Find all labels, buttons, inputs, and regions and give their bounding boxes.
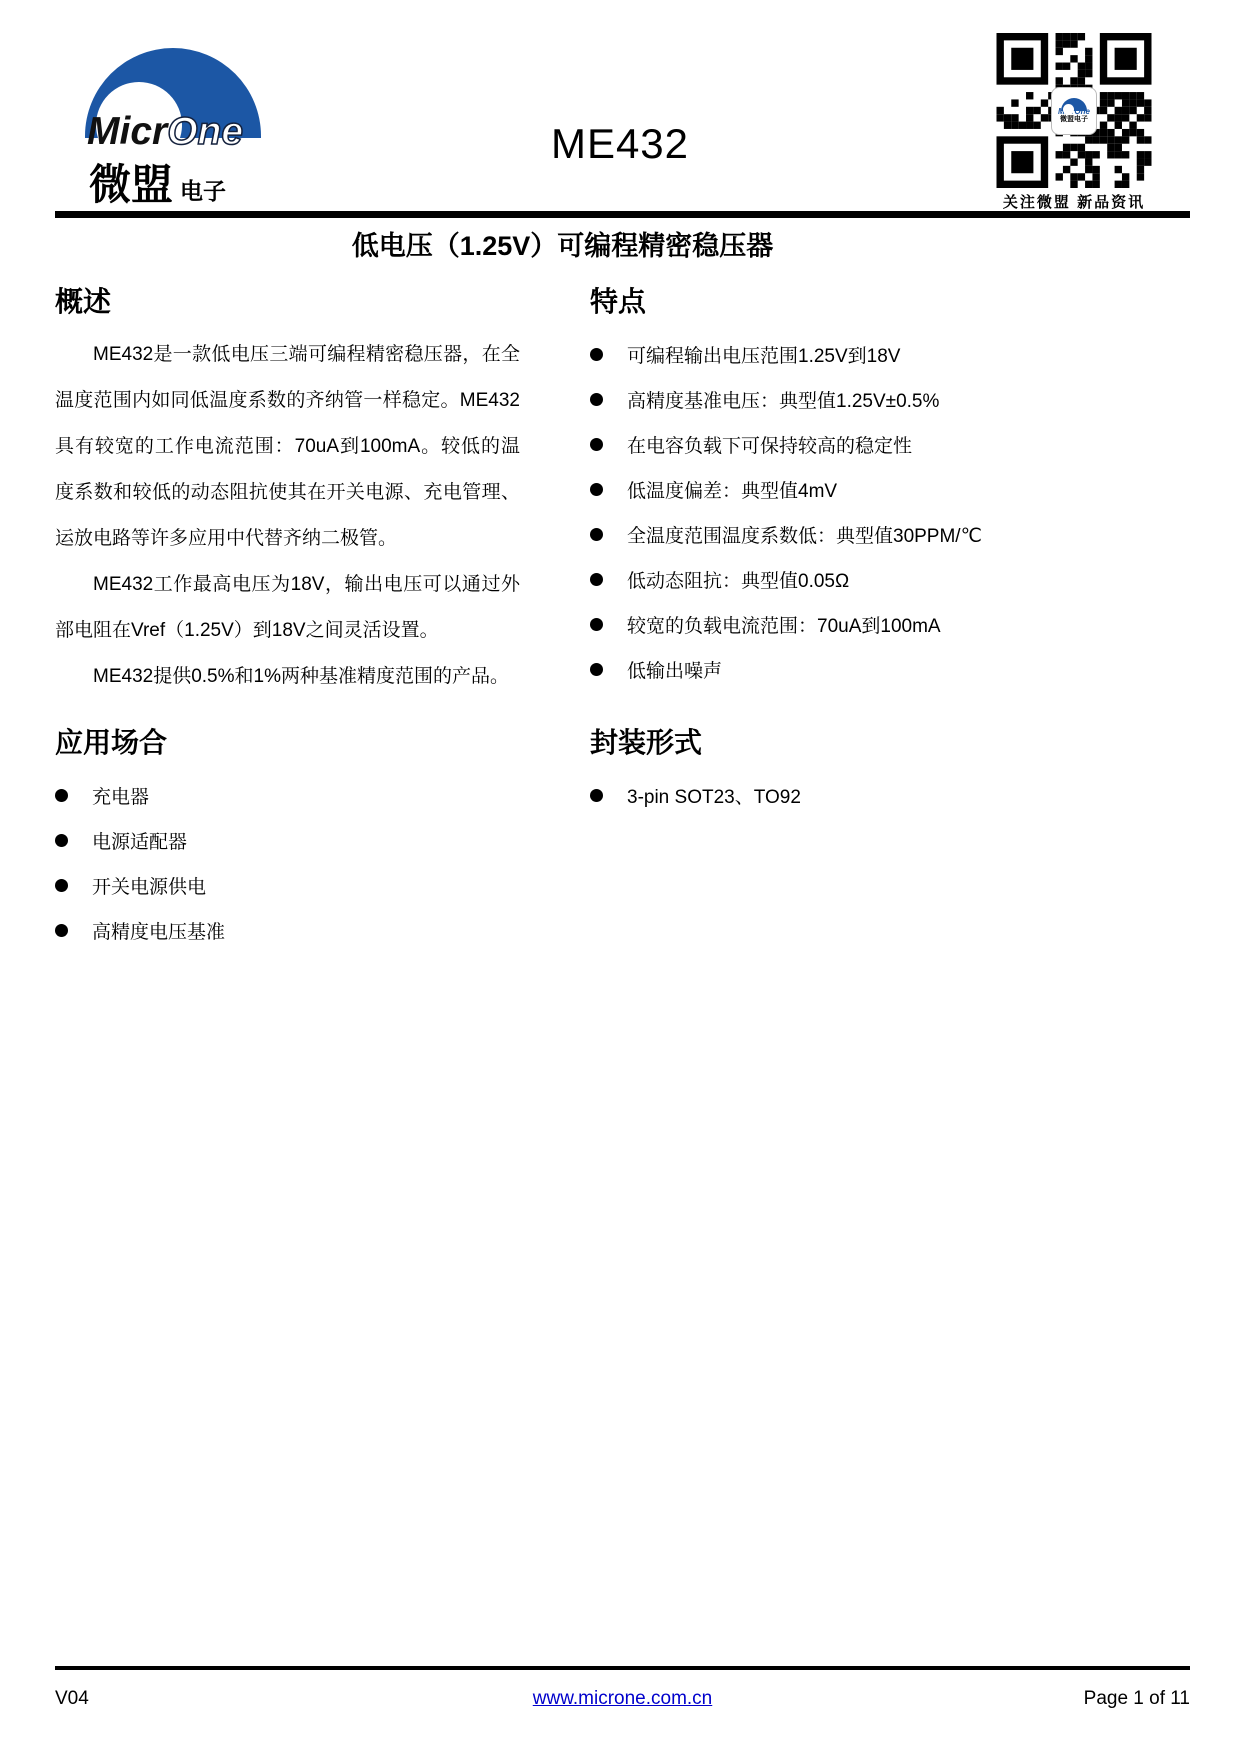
applications-list: 充电器 电源适配器 开关电源供电 高精度电压基准 [55, 773, 520, 953]
applications-heading: 应用场合 [55, 726, 520, 759]
bullet-icon [590, 528, 603, 541]
list-item: 高精度基准电压：典型值1.25V±0.5% [590, 377, 1190, 422]
bullet-icon [590, 573, 603, 586]
overview-heading: 概述 [55, 285, 520, 318]
list-item: 3-pin SOT23、TO92 [590, 773, 1190, 818]
list-item: 高精度电压基准 [55, 908, 520, 953]
logo-cn-large: 微盟 [89, 161, 173, 208]
list-item: 充电器 [55, 773, 520, 818]
qr-center-logo: MicrOne 微盟电子 [1051, 87, 1097, 135]
bullet-icon [55, 924, 68, 937]
application-text: 高精度电压基准 [92, 917, 225, 944]
overview-paragraph: ME432提供0.5%和1%两种基准精度范围的产品。 [55, 654, 520, 700]
footer-divider [55, 1666, 1190, 1670]
features-list: 可编程输出电压范围1.25V到18V 高精度基准电压：典型值1.25V±0.5%… [590, 332, 1190, 692]
feature-text: 可编程输出电压范围1.25V到18V [627, 341, 900, 368]
body-columns: 概述 ME432是一款低电压三端可编程精密稳压器，在全温度范围内如同低温度系数的… [55, 285, 1190, 953]
application-text: 开关电源供电 [92, 872, 206, 899]
footer-website-link[interactable]: www.microne.com.cn [533, 1688, 713, 1709]
header-divider [55, 211, 1190, 218]
bullet-icon [590, 393, 603, 406]
bullet-icon [590, 663, 603, 676]
logo-cn-small: 电子 [180, 178, 226, 204]
overview-paragraph: ME432工作最高电压为18V，输出电压可以通过外部电阻在Vref（1.25V）… [55, 562, 520, 654]
bullet-icon [590, 789, 603, 802]
bullet-icon [55, 879, 68, 892]
footer-page-number: Page 1 of 11 [712, 1688, 1190, 1710]
list-item: 低温度偏差：典型值4mV [590, 467, 1190, 512]
qr-logo-arc-icon [1061, 98, 1087, 111]
qr-block: MicrOne 微盟电子 关注微盟 新品资讯 [995, 33, 1153, 212]
feature-text: 低输出噪声 [627, 656, 722, 683]
package-list: 3-pin SOT23、TO92 [590, 773, 1190, 818]
bullet-icon [55, 789, 68, 802]
list-item: 较宽的负载电流范围：70uA到100mA [590, 602, 1190, 647]
application-text: 充电器 [92, 782, 149, 809]
footer: V04 www.microne.com.cn Page 1 of 11 [55, 1688, 1190, 1710]
qr-logo-sub: 微盟电子 [1060, 116, 1088, 124]
list-item: 电源适配器 [55, 818, 520, 863]
feature-text: 较宽的负载电流范围：70uA到100mA [627, 611, 941, 638]
list-item: 低输出噪声 [590, 647, 1190, 692]
bullet-icon [590, 438, 603, 451]
list-item: 可编程输出电压范围1.25V到18V [590, 332, 1190, 377]
package-section: 封装形式 3-pin SOT23、TO92 [590, 726, 1190, 953]
list-item: 低动态阻抗：典型值0.05Ω [590, 557, 1190, 602]
bullet-icon [55, 834, 68, 847]
feature-text: 低温度偏差：典型值4mV [627, 476, 837, 503]
bullet-icon [590, 483, 603, 496]
document-subtitle: 低电压（1.25V）可编程精密稳压器 [55, 224, 1070, 263]
features-section: 特点 可编程输出电压范围1.25V到18V 高精度基准电压：典型值1.25V±0… [590, 285, 1190, 700]
qr-caption: 关注微盟 新品资讯 [995, 191, 1153, 212]
bullet-icon [590, 348, 603, 361]
list-item: 在电容负载下可保持较高的稳定性 [590, 422, 1190, 467]
qr-code: MicrOne 微盟电子 [995, 33, 1153, 188]
features-heading: 特点 [590, 285, 1190, 318]
overview-body: ME432是一款低电压三端可编程精密稳压器，在全温度范围内如同低温度系数的齐纳管… [55, 332, 520, 700]
datasheet-page: MicrOne 微盟电子 ME432 MicrOne 微盟电子 关注微盟 新品资… [0, 0, 1240, 1754]
overview-paragraph: ME432是一款低电压三端可编程精密稳压器，在全温度范围内如同低温度系数的齐纳管… [55, 332, 520, 562]
feature-text: 在电容负载下可保持较高的稳定性 [627, 431, 912, 458]
list-item: 开关电源供电 [55, 863, 520, 908]
bullet-icon [590, 618, 603, 631]
application-text: 电源适配器 [92, 827, 187, 854]
feature-text: 全温度范围温度系数低：典型值30PPM/℃ [627, 521, 982, 548]
overview-section: 概述 ME432是一款低电压三端可编程精密稳压器，在全温度范围内如同低温度系数的… [55, 285, 520, 700]
package-text: 3-pin SOT23、TO92 [627, 782, 801, 809]
footer-version: V04 [55, 1688, 533, 1710]
feature-text: 高精度基准电压：典型值1.25V±0.5% [627, 386, 939, 413]
applications-section: 应用场合 充电器 电源适配器 开关电源供电 高精度电压基准 [55, 726, 520, 953]
package-heading: 封装形式 [590, 726, 1190, 759]
list-item: 全温度范围温度系数低：典型值30PPM/℃ [590, 512, 1190, 557]
feature-text: 低动态阻抗：典型值0.05Ω [627, 566, 849, 593]
